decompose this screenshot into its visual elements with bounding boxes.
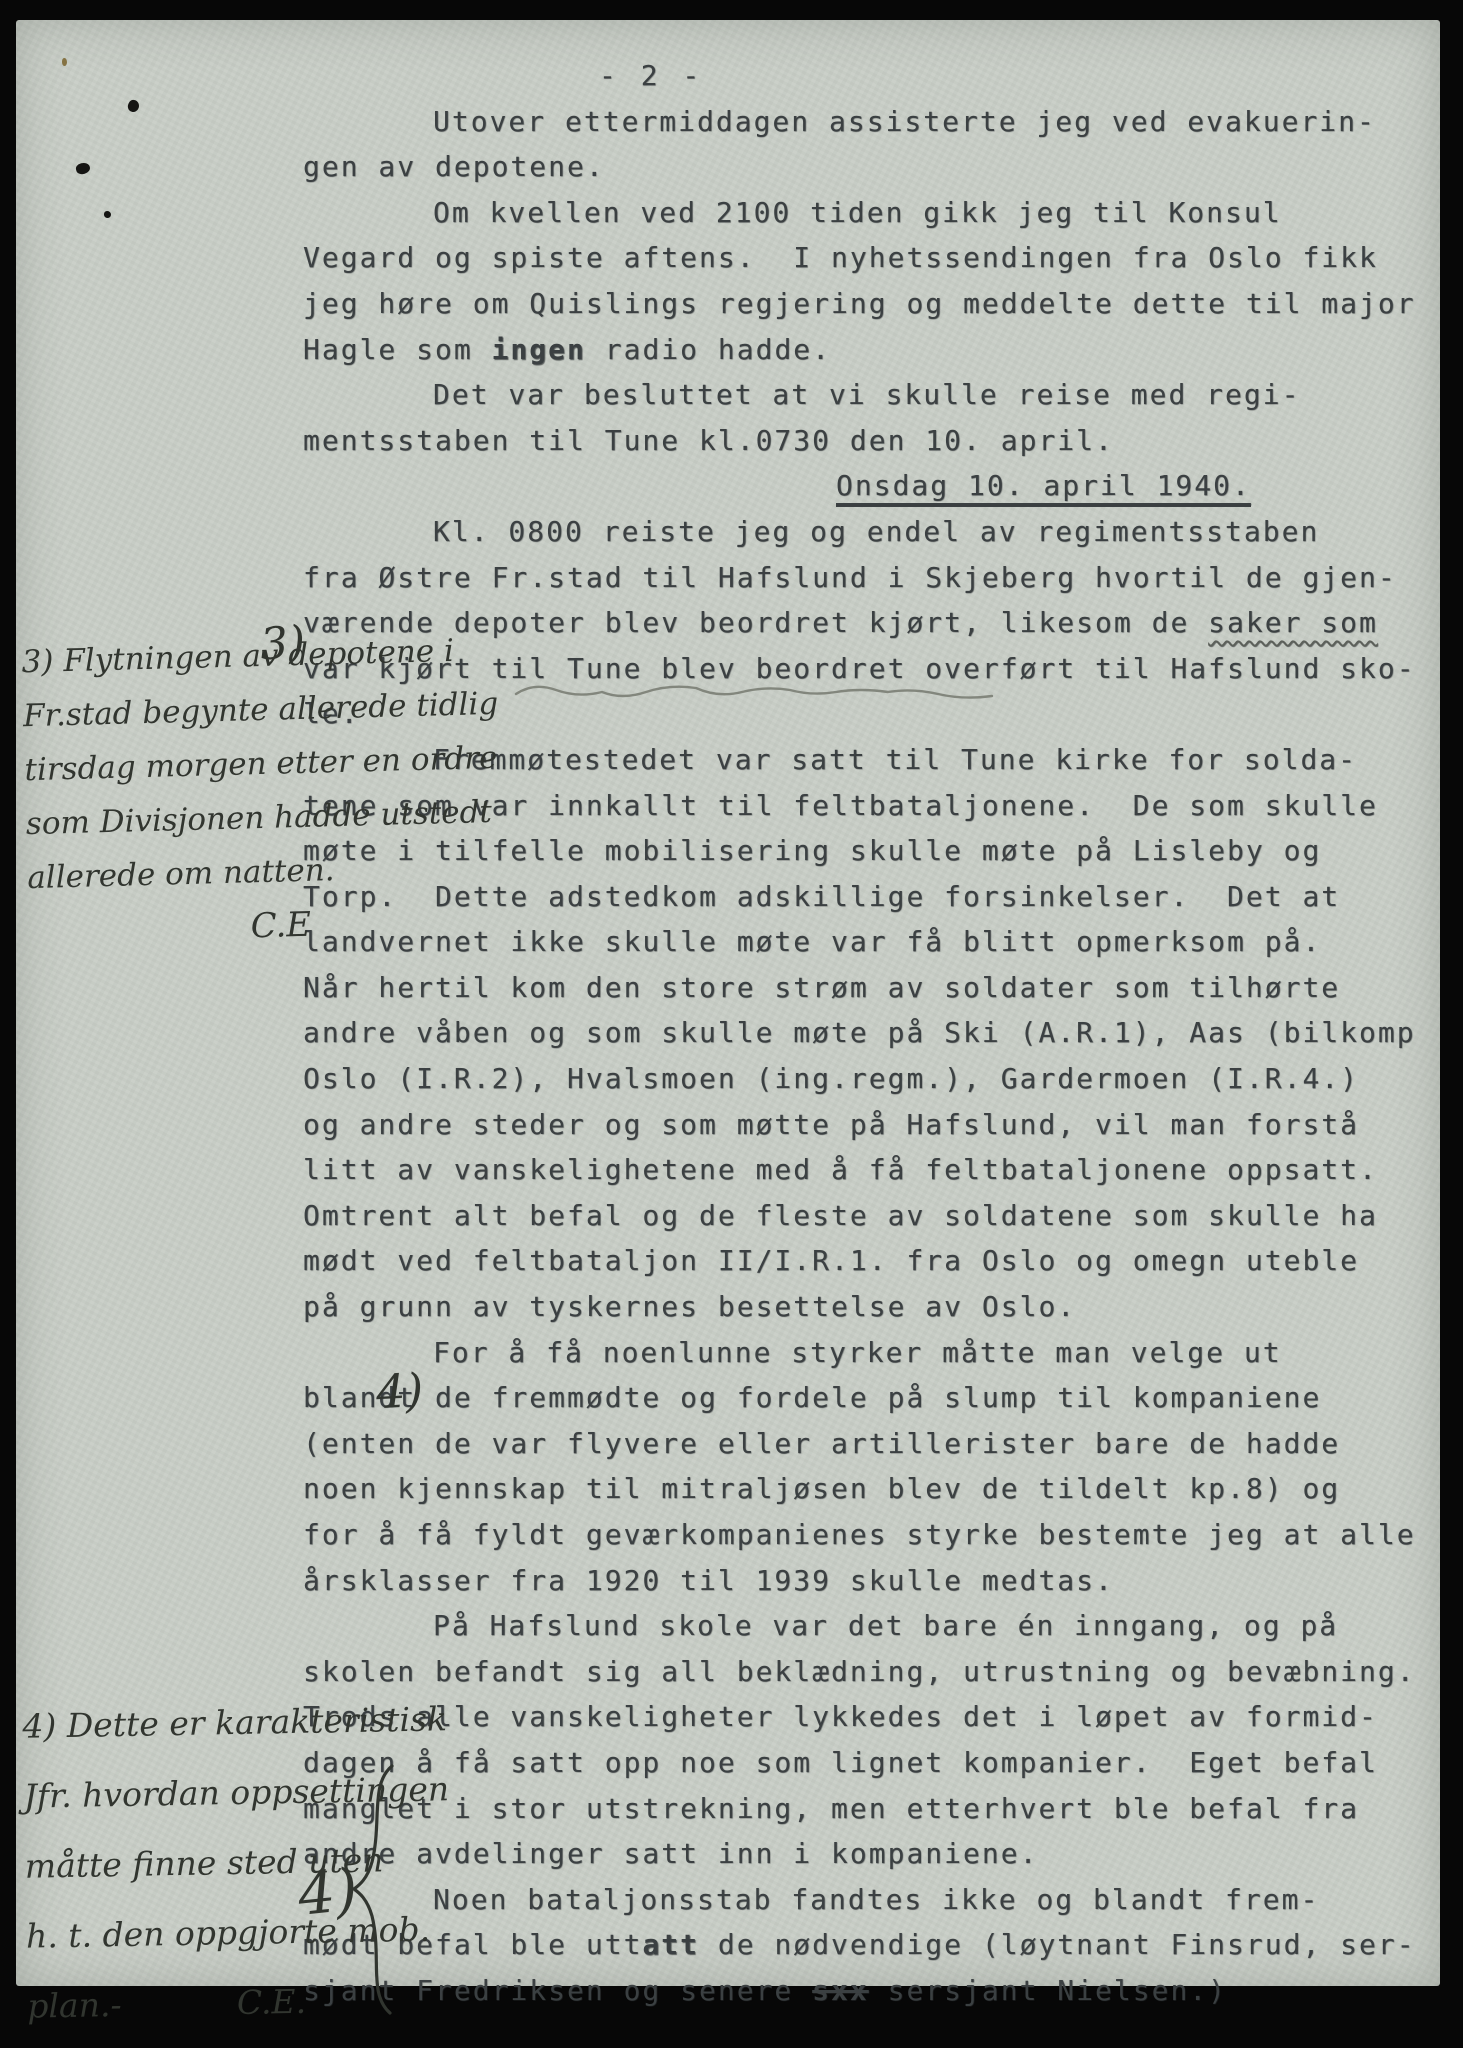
typed-line: mentsstaben til Tune kl.0730 den 10. apr… (303, 418, 1433, 464)
typed-line: skolen befandt sig all beklædning, utrus… (303, 1649, 1433, 1695)
margin-note-3: 3) Flytningen av depotene iFr.stad begyn… (17, 461, 505, 959)
typed-line: noen kjennskap til mitraljøsen blev de t… (303, 1466, 1433, 1512)
document-page: - 2 -Utover ettermiddagen assisterte jeg… (16, 20, 1440, 1986)
typed-line: og andre steder og som møtte på Hafslund… (303, 1102, 1433, 1148)
scanned-document: - 2 -Utover ettermiddagen assisterte jeg… (0, 0, 1463, 2048)
ink-spot (62, 58, 67, 66)
typed-line: På Hafslund skole var det bare én inngan… (303, 1603, 1433, 1649)
typed-line: Utover ettermiddagen assisterte jeg ved … (303, 99, 1433, 145)
typed-segment: ingen (492, 333, 586, 366)
typed-line: (enten de var flyvere eller artilleriste… (303, 1421, 1433, 1467)
typed-line: Noen bataljonsstab fandtes ikke og bland… (303, 1877, 1433, 1923)
typed-line: Trods alle vanskeligheter lykkedes det i… (303, 1694, 1433, 1740)
typed-line: Omtrent alt befal og de fleste av soldat… (303, 1193, 1433, 1239)
typed-line: for å få fyldt geværkompanienes styrke b… (303, 1512, 1433, 1558)
typed-segment: sersjant Nielsen.) (869, 1974, 1227, 2007)
typed-segment: att (642, 1928, 699, 1961)
typed-line: gen av depotene. (303, 144, 1433, 190)
typed-line: jeg høre om Quislings regjering og medde… (303, 281, 1433, 327)
typed-line: Hagle som ingen radio hadde. (303, 327, 1433, 373)
typed-line: - 2 - (303, 53, 1433, 99)
ink-spot (104, 211, 111, 218)
typed-line: årsklasser fra 1920 til 1939 skulle medt… (303, 1558, 1433, 1604)
typed-segment: de nødvendige (løytnant Finsrud, ser- (699, 1928, 1416, 1961)
typed-segment: radio hadde. (586, 333, 831, 366)
typed-line: For å få noenlunne styrker måtte man vel… (303, 1330, 1433, 1376)
typed-line: litt av vanskelighetene med å få feltbat… (303, 1147, 1433, 1193)
typed-line: Når hertil kom den store strøm av soldat… (303, 965, 1433, 1011)
typed-line: sjant Fredriksen og senere sxx sersjant … (303, 1968, 1433, 2014)
typed-segment: saker som (1208, 606, 1378, 639)
typed-line: blandt de fremmødte og fordele på slump … (303, 1375, 1433, 1421)
typed-line: dagen å få satt opp noe som lignet kompa… (303, 1740, 1433, 1786)
typed-text: - 2 -Utover ettermiddagen assisterte jeg… (303, 53, 1433, 2014)
typed-line: Om kvellen ved 2100 tiden gikk jeg til K… (303, 190, 1433, 236)
typed-line: andre våben og som skulle møte på Ski (A… (303, 1010, 1433, 1056)
pen-brace (346, 1762, 406, 2017)
typed-line: mødt ved feltbataljon II/I.R.1. fra Oslo… (303, 1238, 1433, 1284)
typed-segment: Onsdag 10. april 1940. (836, 469, 1251, 507)
margin-marker-4: 4) (375, 1363, 425, 1419)
typed-segment: sxx (812, 1974, 869, 2007)
typed-line: andre avdelinger satt inn i kompaniene. (303, 1831, 1433, 1877)
margin-marker-3: 3) (258, 616, 307, 670)
typed-line: manglet i stor utstrekning, men etterhve… (303, 1786, 1433, 1832)
typed-line: Oslo (I.R.2), Hvalsmoen (ing.regm.), Gar… (303, 1056, 1433, 1102)
typed-line: Det var besluttet at vi skulle reise med… (303, 372, 1433, 418)
ink-spot (75, 161, 91, 175)
handwritten-line: 4) Dette er karakteristisk (22, 1684, 449, 1761)
typed-line: Vegard og spiste aftens. I nyhetssending… (303, 235, 1433, 281)
typed-line: på grunn av tyskernes besettelse av Oslo… (303, 1284, 1433, 1330)
pen-squiggle (514, 680, 1054, 706)
typed-line: mødt befal ble uttatt de nødvendige (løy… (303, 1922, 1433, 1968)
ink-spot (126, 98, 140, 113)
typed-segment: Hagle som (303, 333, 492, 366)
